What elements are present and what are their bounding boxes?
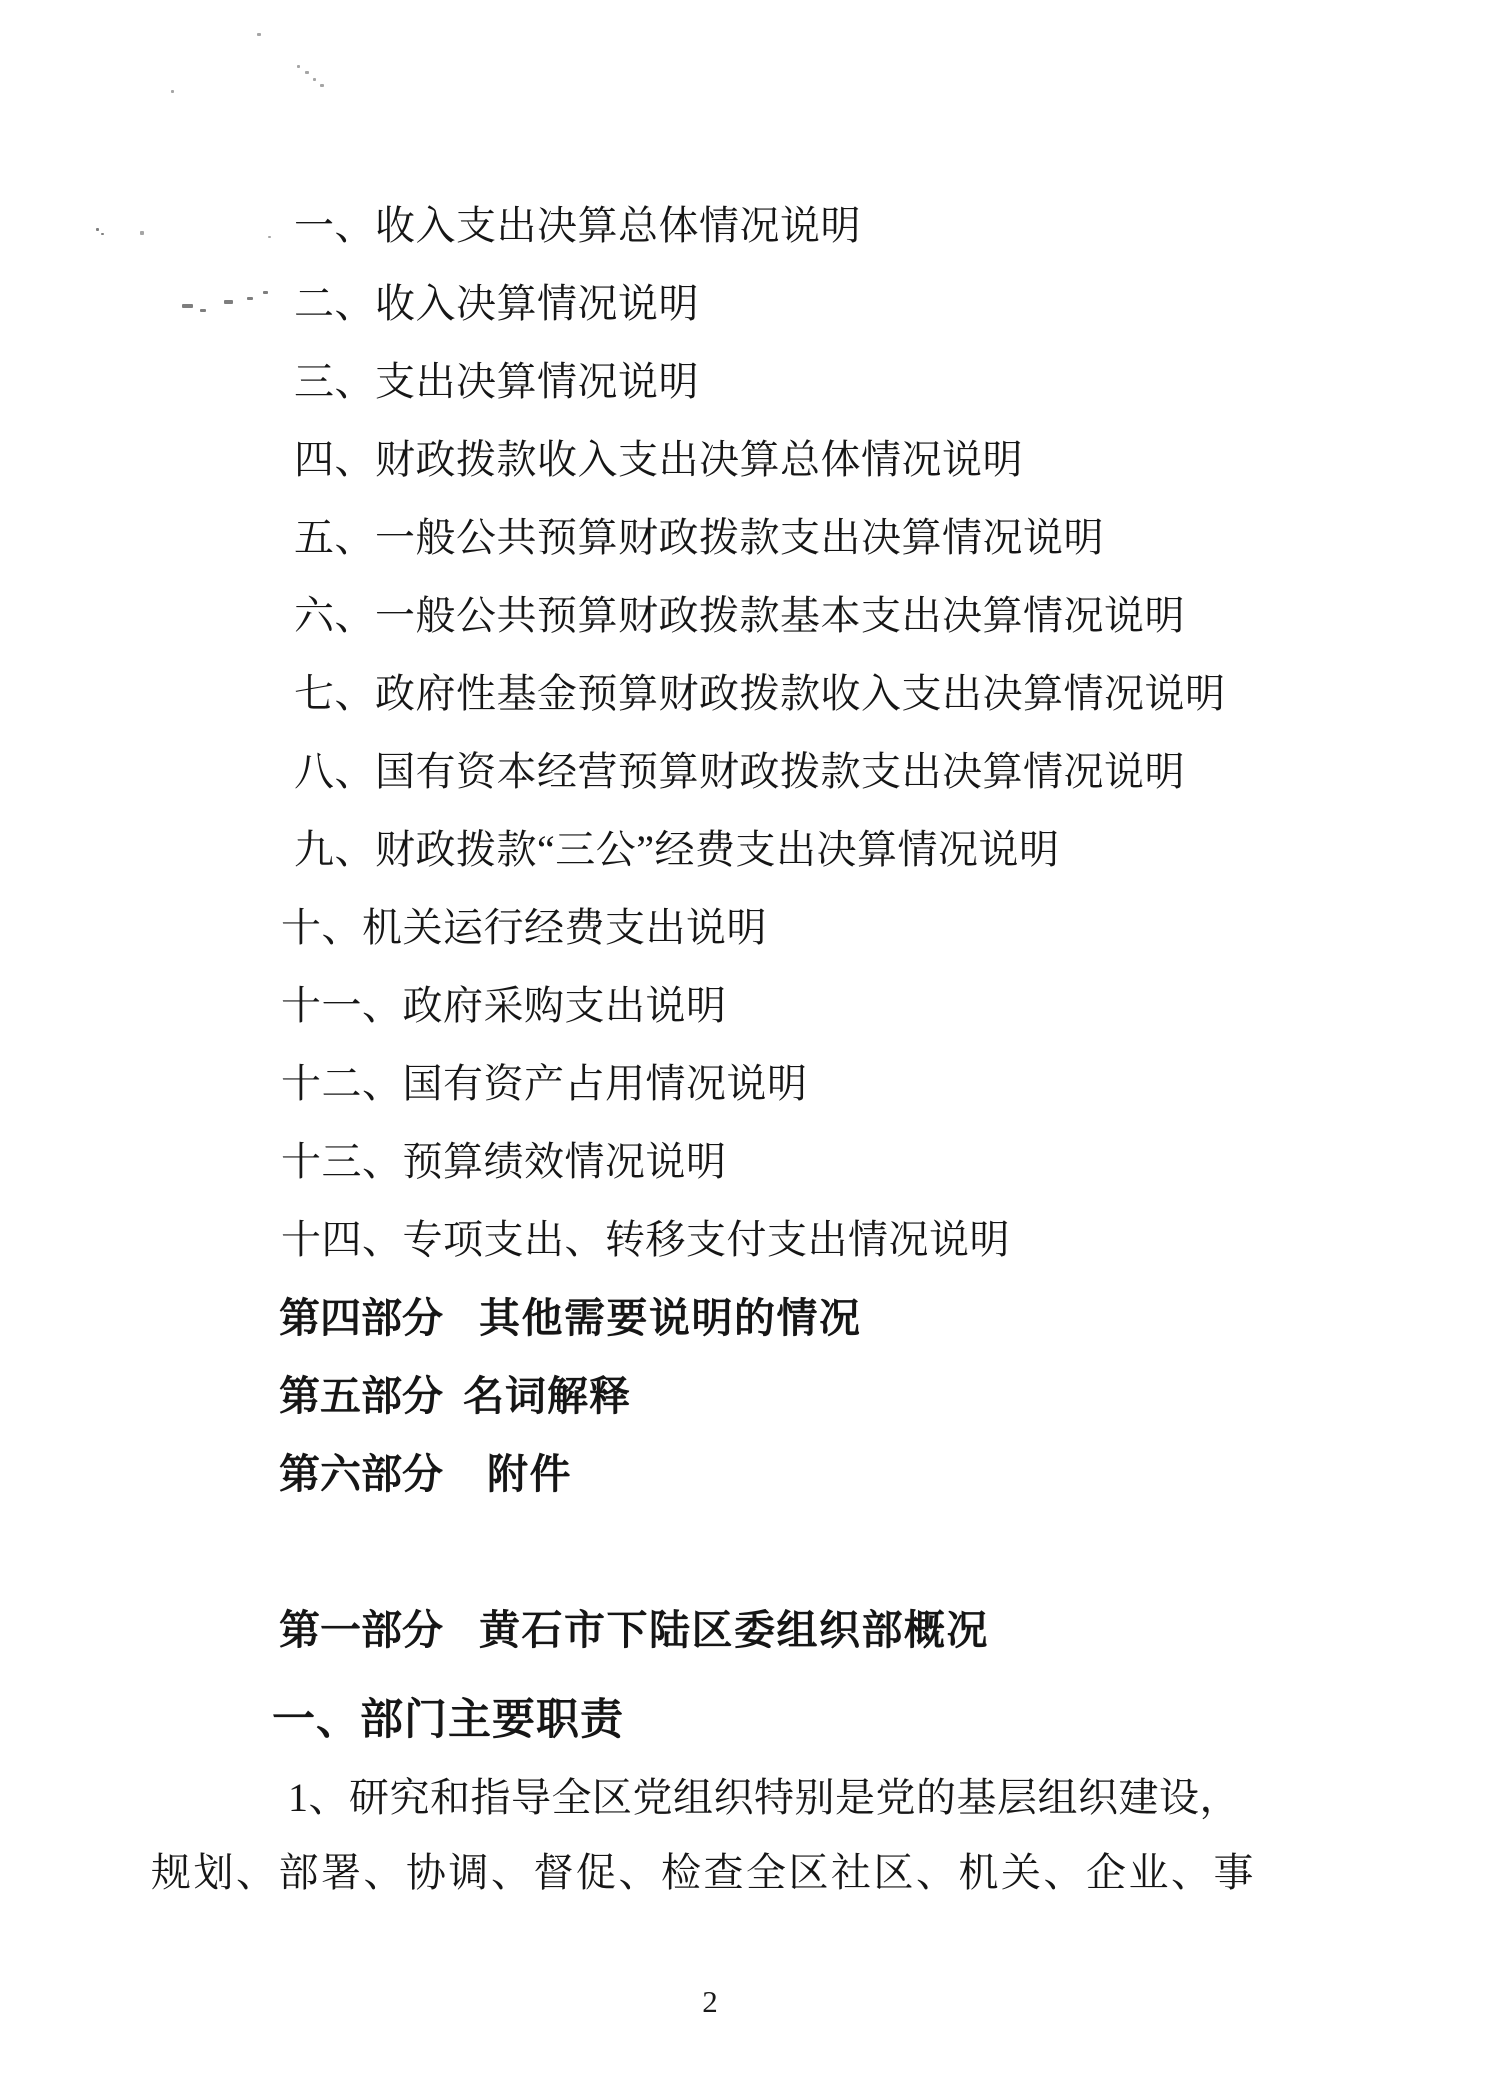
scan-speck [200,309,206,312]
part-label: 第六部分 [279,1451,443,1497]
part-title: 黄石市下陆区委组织部概况 [479,1607,989,1653]
toc-item-10: 十、机关运行经费支出说明 [0,889,1490,967]
part-one-heading: 第一部分黄石市下陆区委组织部概况 [0,1591,1490,1669]
scan-speck [320,84,324,87]
part-title: 附件 [487,1451,572,1497]
part-label: 第四部分 [279,1295,443,1341]
scan-speck [313,78,316,81]
scan-speck [224,300,233,304]
scanned-document-page: 一、收入支出决算总体情况说明 二、收入决算情况说明 三、支出决算情况说明 四、财… [0,0,1490,2100]
page-number: 2 [610,1984,810,2020]
paragraph-line-2: 规划、部署、协调、督促、检查全区社区、机关、企业、事 [0,1837,1490,1909]
toc-item-12: 十二、国有资产占用情况说明 [0,1045,1490,1123]
part-label: 第五部分 [279,1373,443,1419]
toc-part-heading-4: 第四部分其他需要说明的情况 [0,1279,1490,1357]
part-title: 其他需要说明的情况 [479,1295,862,1341]
part-title: 名词解释 [463,1373,631,1419]
toc-item-11: 十一、政府采购支出说明 [0,967,1490,1045]
toc-item-7: 七、政府性基金预算财政拨款收入支出决算情况说明 [0,655,1490,733]
toc-item-1: 一、收入支出决算总体情况说明 [0,187,1490,265]
toc-part-heading-5: 第五部分名词解释 [0,1357,1490,1435]
scan-speck [305,71,309,74]
toc-item-2: 二、收入决算情况说明 [0,265,1490,343]
scan-speck [297,65,300,68]
toc-item-14: 十四、专项支出、转移支付支出情况说明 [0,1201,1490,1279]
toc-item-3: 三、支出决算情况说明 [0,343,1490,421]
scan-speck [257,33,261,36]
scan-speck [140,231,144,235]
toc-item-8: 八、国有资本经营预算财政拨款支出决算情况说明 [0,733,1490,811]
part-label: 第一部分 [279,1607,443,1653]
paragraph-line-1: 1、研究和指导全区党组织特别是党的基层组织建设， [0,1759,1490,1837]
scan-speck [101,233,104,235]
scan-speck [182,304,193,308]
toc-item-6: 六、一般公共预算财政拨款基本支出决算情况说明 [0,577,1490,655]
scan-speck [268,236,271,238]
toc-part-heading-6: 第六部分附件 [0,1435,1490,1513]
document-content: 一、收入支出决算总体情况说明 二、收入决算情况说明 三、支出决算情况说明 四、财… [0,187,1490,1909]
toc-item-4: 四、财政拨款收入支出决算总体情况说明 [0,421,1490,499]
toc-item-5: 五、一般公共预算财政拨款支出决算情况说明 [0,499,1490,577]
section-heading: 一、部门主要职责 [0,1681,1490,1759]
scan-speck [96,228,99,231]
scan-speck [263,291,268,294]
scan-speck [171,90,174,93]
blank-line [0,1513,1490,1591]
scan-speck [247,297,253,300]
toc-item-9: 九、财政拨款“三公”经费支出决算情况说明 [0,811,1490,889]
toc-item-13: 十三、预算绩效情况说明 [0,1123,1490,1201]
